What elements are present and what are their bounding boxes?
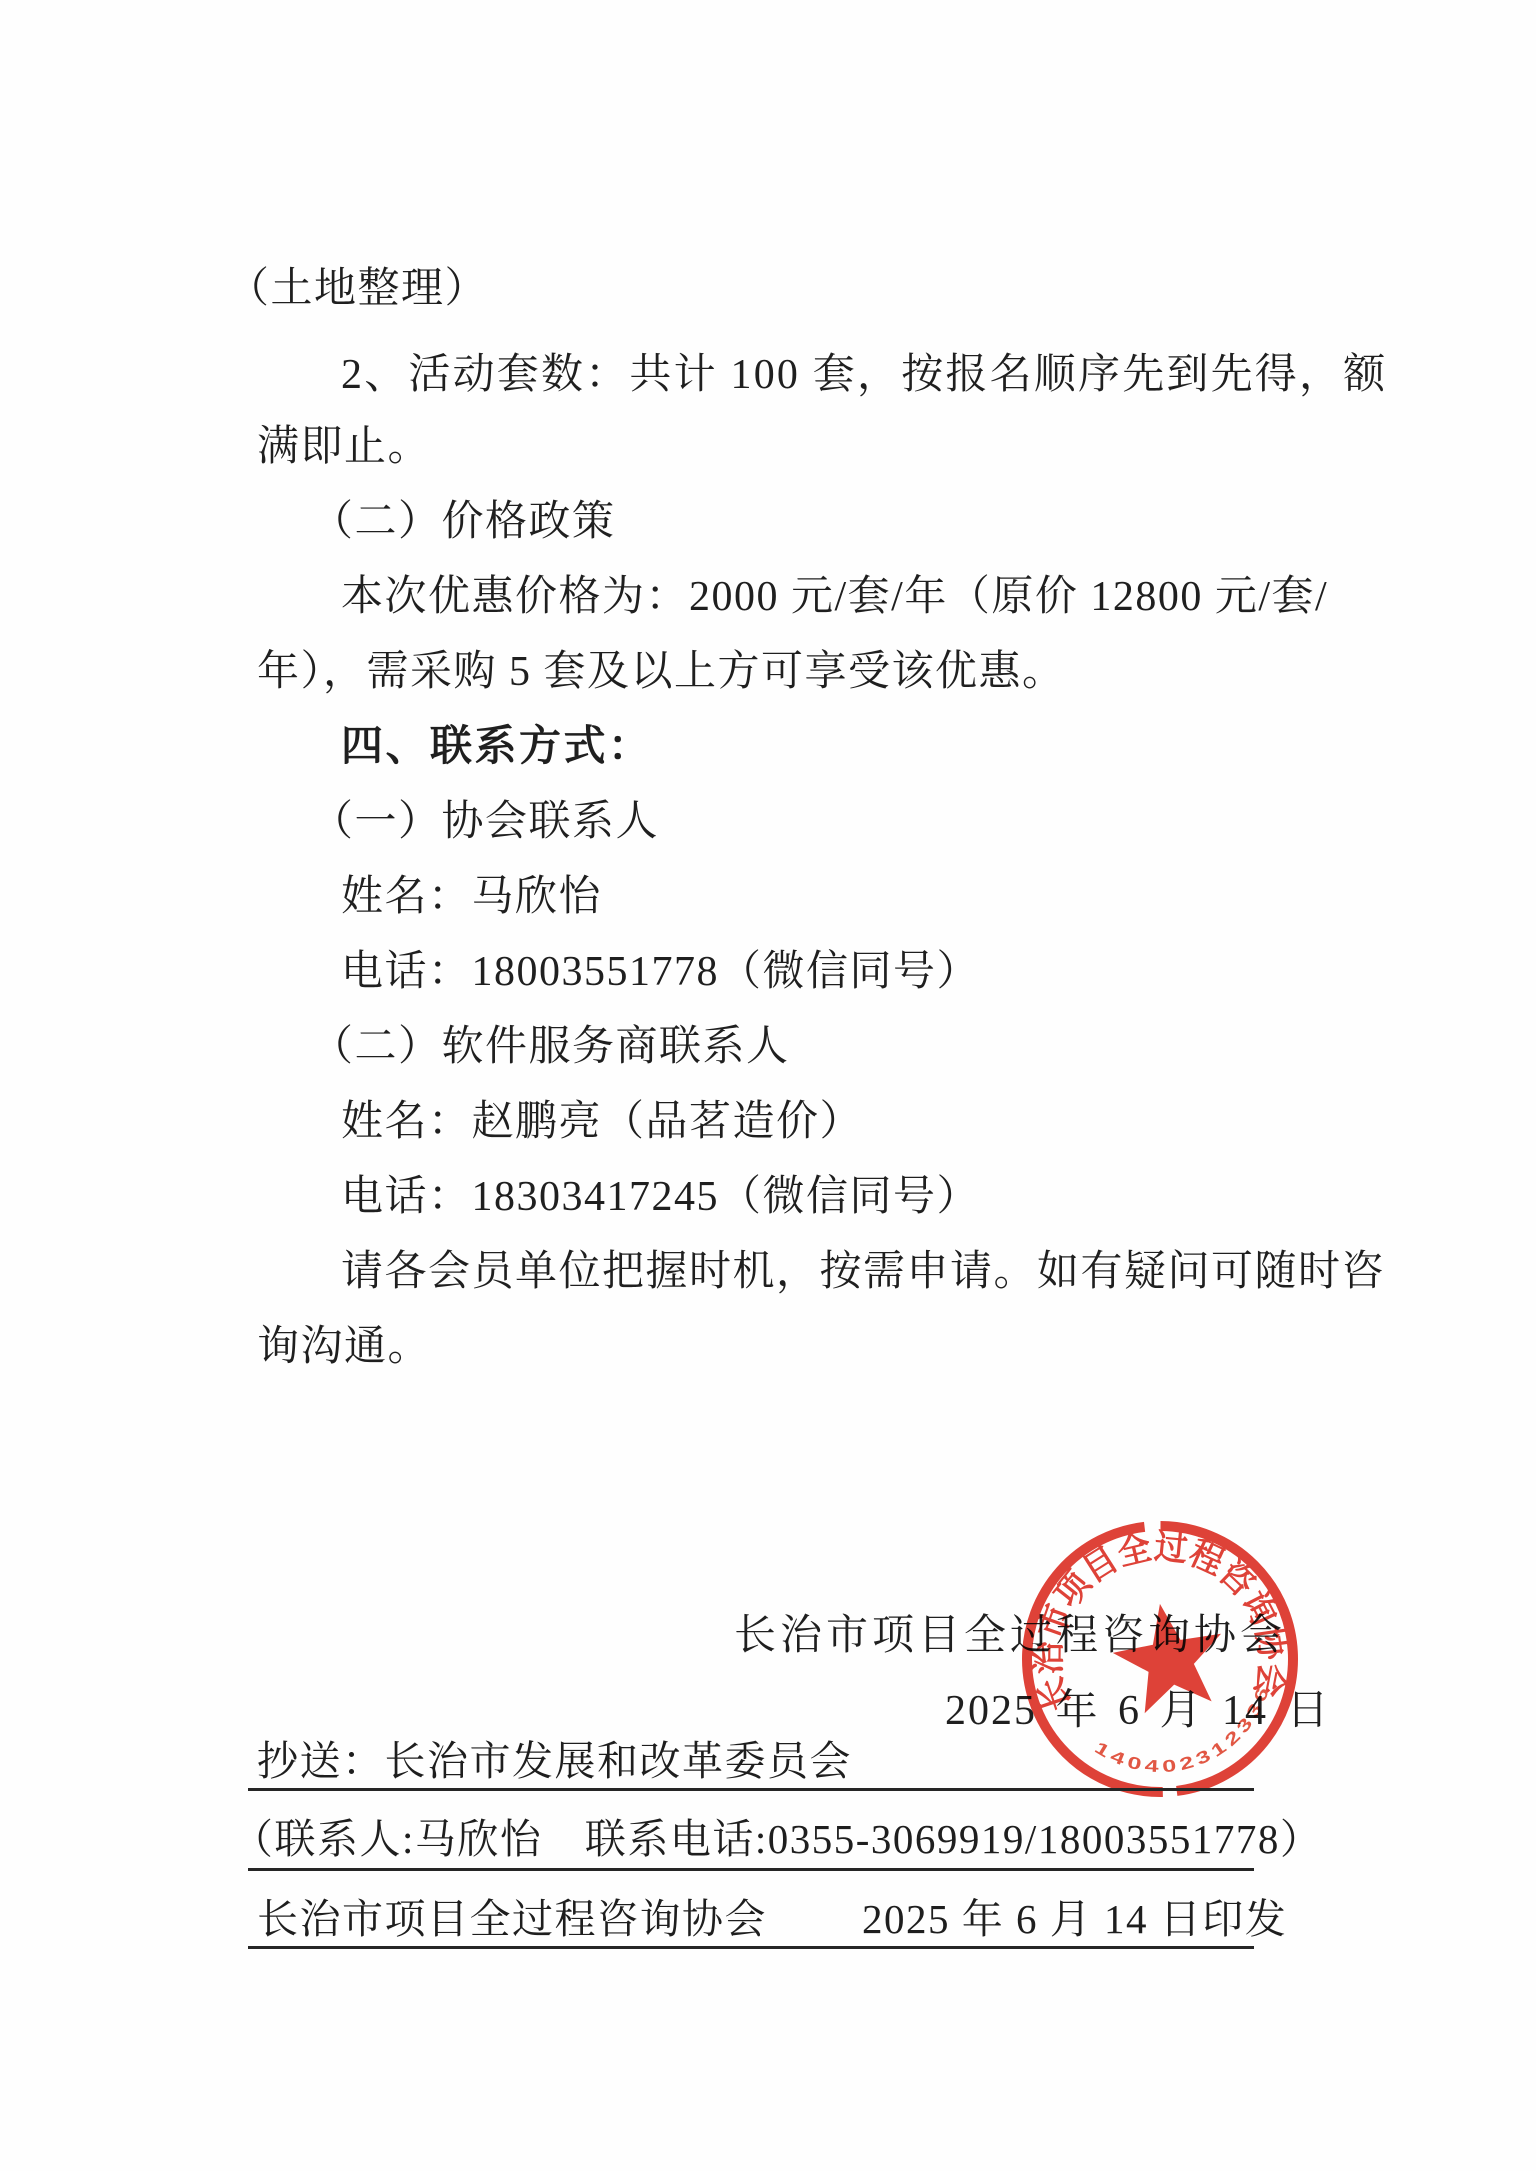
- document-page: （土地整理） 2、活动套数：共计 100 套，按报名顺序先到先得，额 满即止。 …: [0, 0, 1536, 2171]
- body-line: 请各会员单位把握时机，按需申请。如有疑问可随时咨: [341, 1244, 1385, 1300]
- footer-issuer: 长治市项目全过程咨询协会: [257, 1892, 767, 1946]
- body-line: 电话：18003551778（微信同号）: [341, 944, 980, 1000]
- body-line: 满即止。: [257, 419, 431, 475]
- body-line-heading: 四、联系方式：: [341, 719, 653, 775]
- footer-contact-line: （联系人:马欣怡 联系电话:0355-3069919/18003551778）: [232, 1812, 1322, 1866]
- body-line: 姓名：赵鹏亮（品茗造价）: [341, 1094, 863, 1150]
- body-line: （二）价格政策: [311, 494, 616, 550]
- body-line: （一）协会联系人: [311, 794, 659, 850]
- footer-issue-date: 2025 年 6 月 14 日印发: [862, 1892, 1287, 1946]
- body-line: 电话：18303417245（微信同号）: [341, 1169, 980, 1225]
- signature-date: 2025 年 6 月 14 日: [945, 1677, 1331, 1737]
- signature-org: 长治市项目全过程咨询协会: [734, 1602, 1286, 1662]
- body-line: 询沟通。: [257, 1319, 431, 1375]
- body-line: 姓名：马欣怡: [341, 869, 602, 925]
- footer-rule-1: [248, 1788, 1254, 1791]
- body-line: 2、活动套数：共计 100 套，按报名顺序先到先得，额: [341, 347, 1387, 403]
- body-line: 本次优惠价格为：2000 元/套/年（原价 12800 元/套/: [341, 569, 1328, 625]
- footer-rule-2: [248, 1868, 1254, 1871]
- body-line: （土地整理）: [227, 261, 488, 317]
- footer-rule-3: [248, 1946, 1254, 1949]
- body-line: （二）软件服务商联系人: [311, 1019, 790, 1075]
- stamp-serial: 1404023123368: [0, 0, 1274, 1776]
- footer-cc-line: 抄送：长治市发展和改革委员会: [257, 1734, 852, 1788]
- body-line: 年），需采购 5 套及以上方可享受该优惠。: [257, 644, 1066, 700]
